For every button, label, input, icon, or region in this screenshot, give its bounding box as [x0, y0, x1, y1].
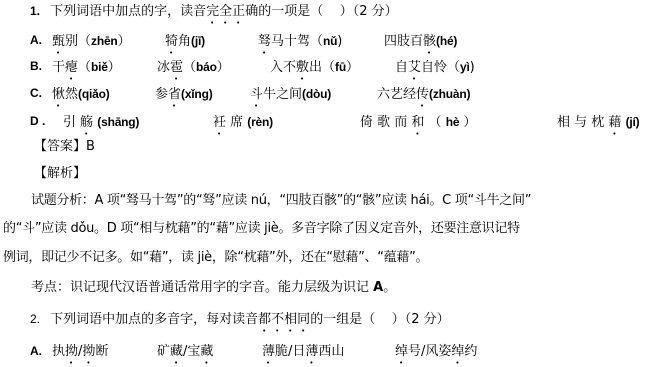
- option-item: 绰号/风姿绰约: [395, 340, 477, 367]
- analysis-line-3: 例词，即记少不记多。如“藉”，读 jiè，除“枕藉”外，还在“慰藉”、“蕴藉”。: [3, 250, 428, 266]
- analysis-line-2: 的“斗”应读 dǒu。D 项“相与枕藉”的“藉”应读 jiè。多音字除了因义定音…: [3, 221, 520, 237]
- stem-text-2: 确的一项是（: [245, 4, 323, 19]
- kaodian-line: 考点：识记现代汉语普通话常用字的字音。能力层级为识记 A。: [31, 280, 396, 296]
- question-2-stem: 2. 下列词语中加点的多音字，每对读音都不相同的一组是（ ）（2 分）: [30, 311, 450, 335]
- option-item: 甄别（zhēn）: [52, 30, 131, 57]
- option-label: A.: [30, 33, 42, 47]
- answer-blank: [323, 4, 340, 19]
- option-item: 驽马十驾（nǔ): [258, 30, 342, 57]
- option-item: 执拗/拗断: [52, 340, 108, 367]
- option-item: 衽 席 (rèn): [213, 111, 273, 138]
- answer-label: 【答案】: [34, 139, 86, 154]
- score-note: ）（2 分）: [340, 4, 398, 19]
- option-item: 四肢百骸(hé): [384, 30, 457, 57]
- option-label: C.: [30, 86, 42, 100]
- kaodian-text: 考点：识记现代汉语普通话常用字的字音。能力层级为识记: [31, 280, 373, 295]
- option-item: 入不敷出（fū）: [270, 56, 359, 83]
- analysis-label: 【解析】: [34, 166, 86, 182]
- answer-value: B: [86, 139, 95, 154]
- option-item: 矿藏/宝藏: [157, 340, 213, 367]
- option-item: 相 与 枕 藉 (jí): [557, 111, 639, 138]
- option-label: D .: [30, 114, 45, 128]
- answer-blank: [375, 312, 392, 327]
- option-item: 六艺经传(zhuàn): [377, 83, 470, 110]
- option-item: 参省(xǐng): [155, 83, 213, 110]
- option-label: A.: [30, 344, 42, 358]
- stem-text-2: 的一组是（: [310, 312, 375, 327]
- stem-text: 下列词语中加点的多音字，每对读音: [50, 312, 258, 327]
- option-item: 斗牛之间(dòu): [250, 83, 331, 110]
- question-1-stem: 1. 下列词语中加点的字，读音完全正确的一项是（ ）（2 分）: [30, 3, 398, 27]
- option-item: 干瘪（biě）: [52, 56, 121, 83]
- question-number: 2.: [30, 312, 40, 326]
- score-note: ）（2 分）: [392, 312, 450, 327]
- stem-text: 下列词语中加点的字，读音: [50, 4, 206, 19]
- option-item: 倚 歌 而 和 （ hè ）: [360, 111, 476, 138]
- option-label: B.: [30, 59, 42, 73]
- option-item: 引 觞 (shāng): [63, 111, 139, 138]
- answer-line: 【答案】B: [34, 139, 95, 155]
- option-item: 自艾自怜（yì): [395, 56, 475, 83]
- option-item: 愀然(qiǎo): [52, 83, 110, 110]
- question-number: 1.: [30, 4, 40, 18]
- option-item: 犄角(jī): [165, 30, 205, 57]
- stem-emphasis: 都不相同: [258, 312, 310, 327]
- ability-level: A: [373, 280, 383, 295]
- analysis-line-1: 试题分析：A 项“驽马十驾”的“驽”应读 nú，“四肢百骸”的“骸”应读 hái…: [31, 193, 531, 209]
- option-item: 薄脆/日薄西山: [262, 340, 344, 367]
- stem-emphasis: 完全正: [206, 4, 245, 19]
- option-item: 冰雹（báo）: [157, 56, 230, 83]
